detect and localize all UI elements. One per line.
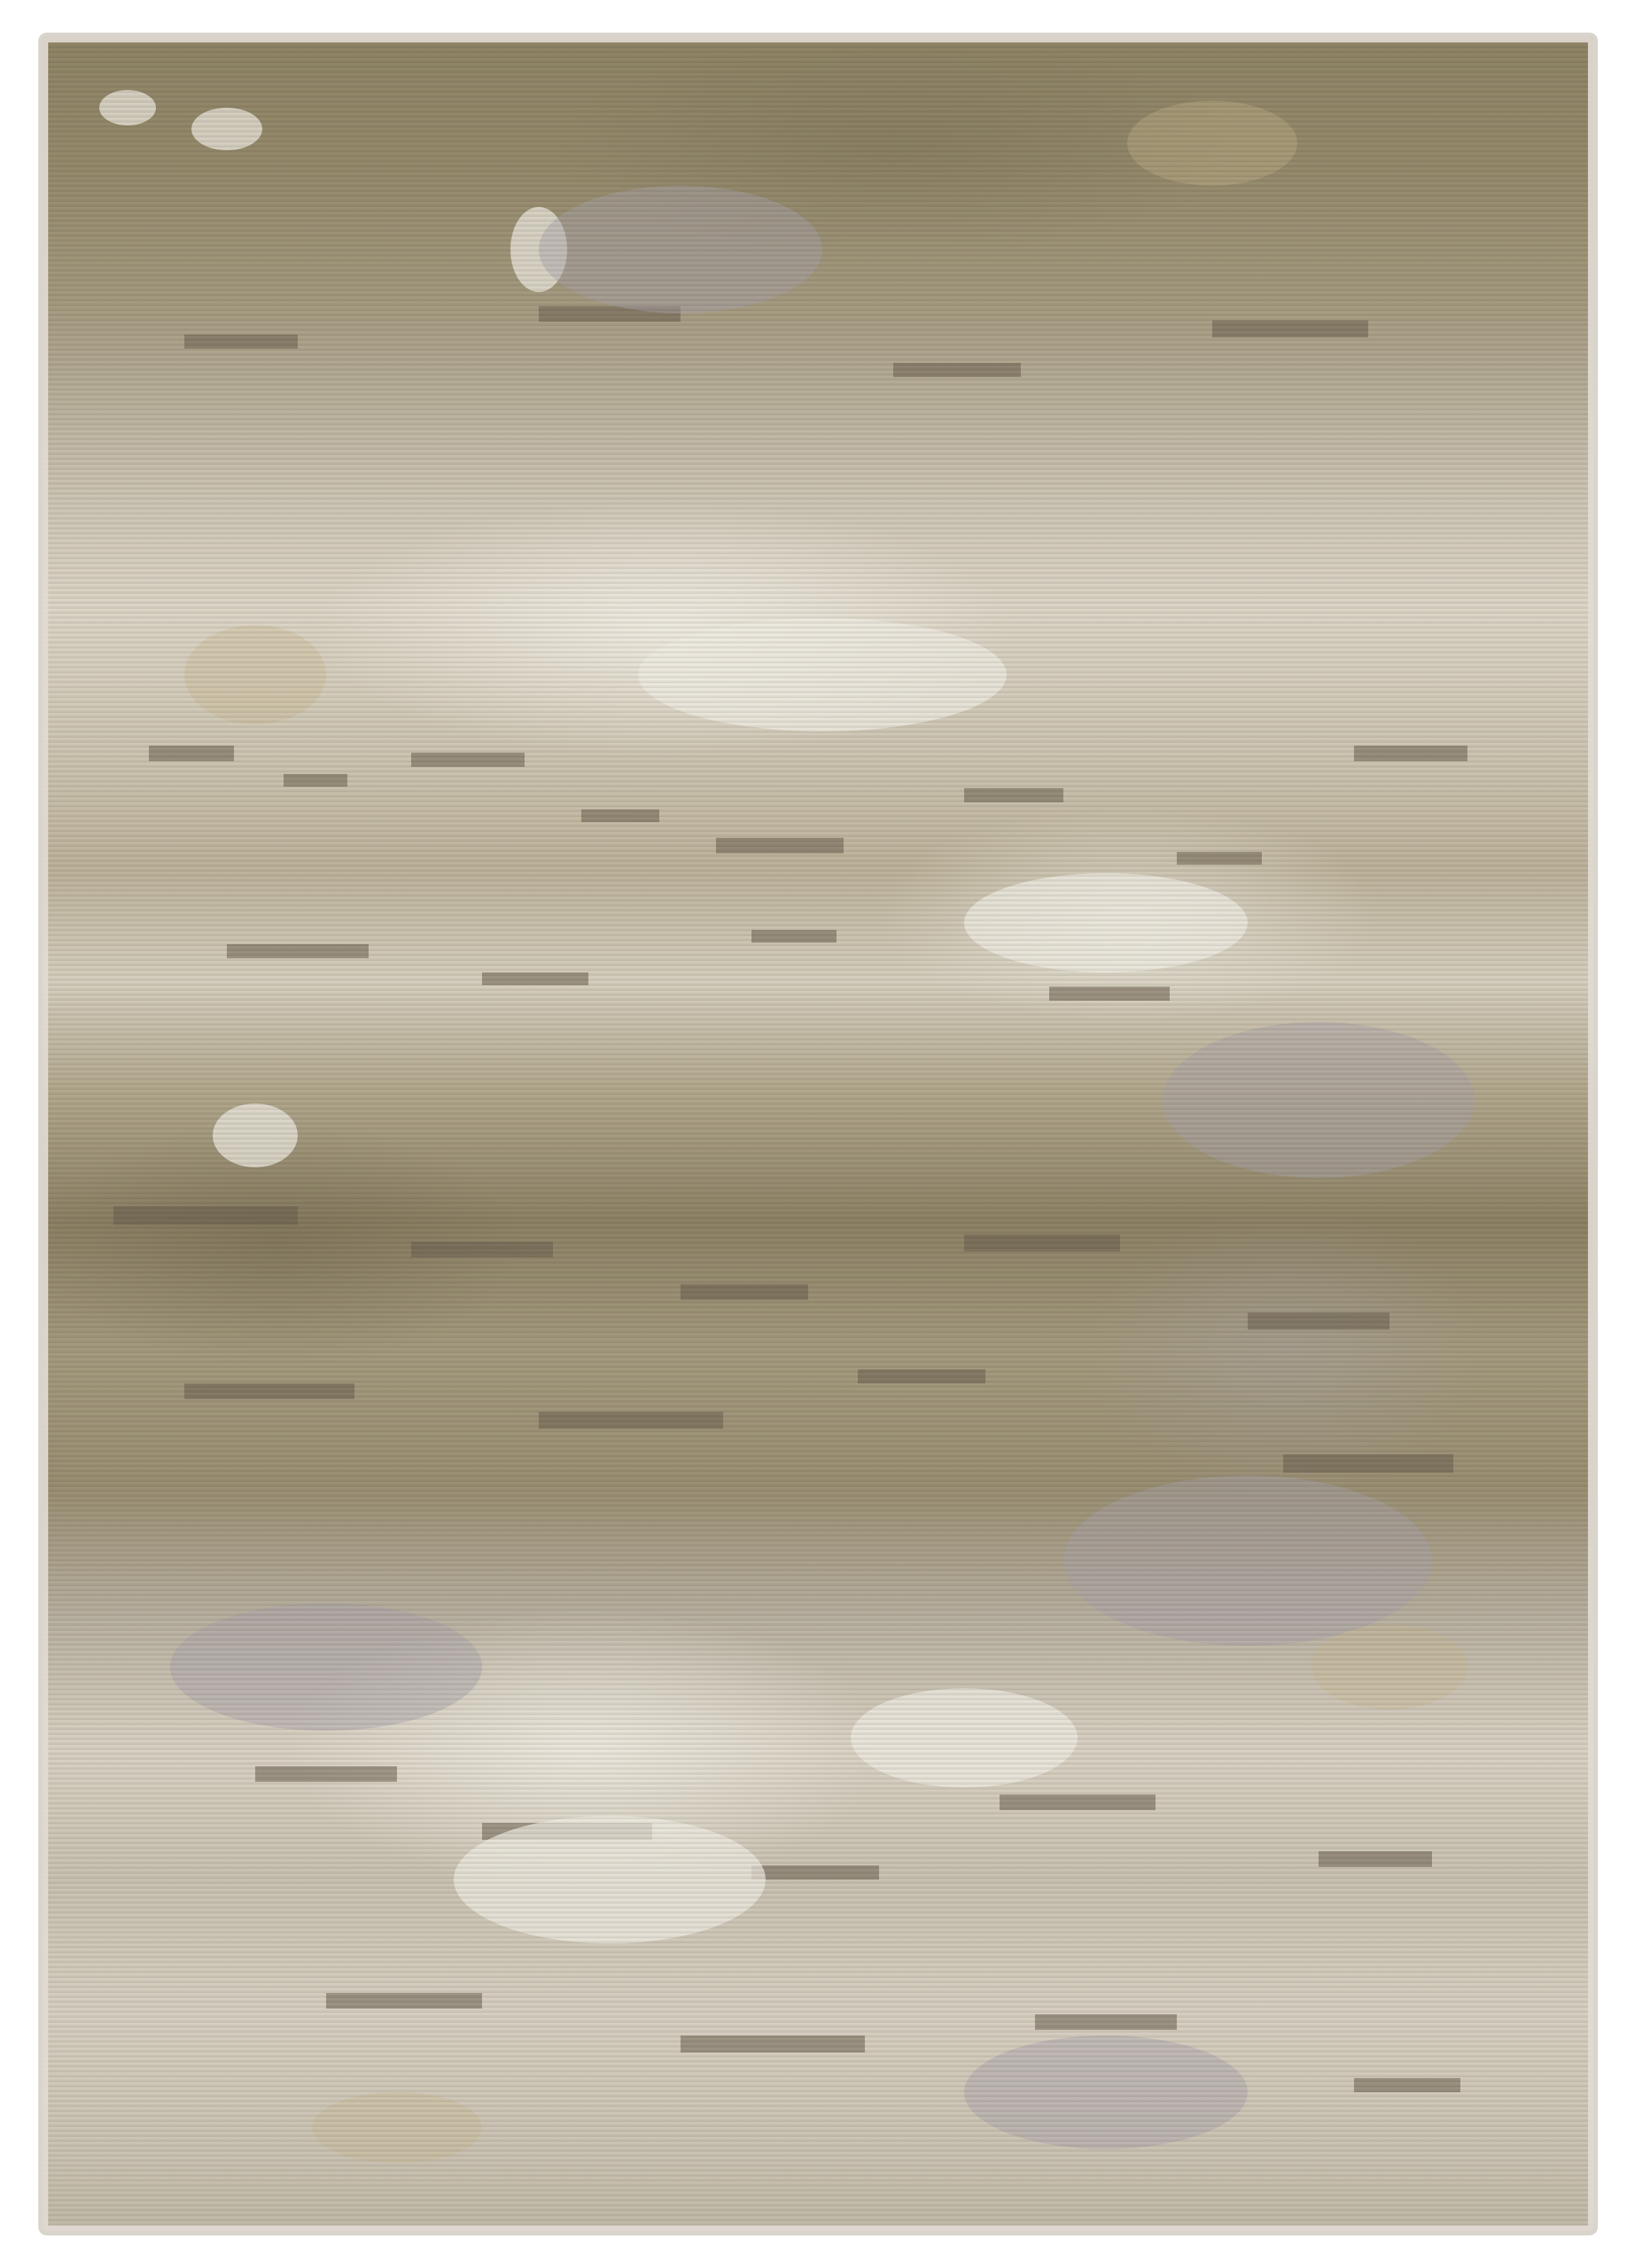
rug-product-image (43, 37, 1594, 2231)
rug-pile-texture (43, 37, 1594, 2231)
